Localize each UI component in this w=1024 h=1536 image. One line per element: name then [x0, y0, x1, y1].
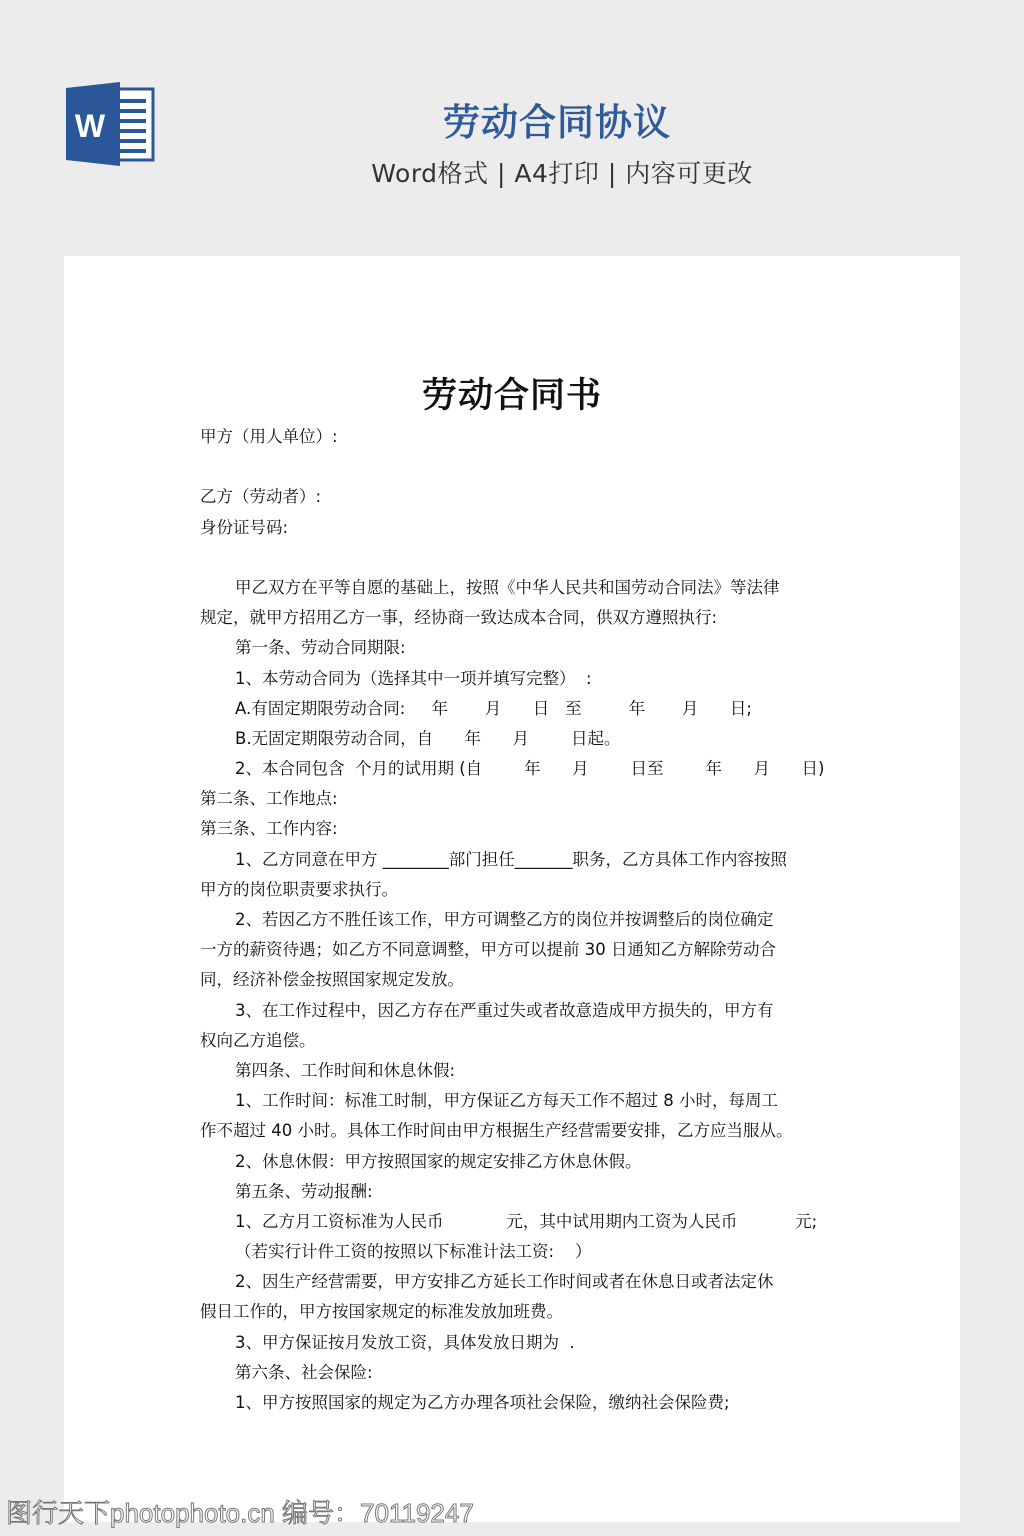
document-line: 第四条、工作时间和休息休假: — [200, 1056, 826, 1086]
document-line: 甲乙双方在平等自愿的基础上，按照《中华人民共和国劳动合同法》等法律 — [200, 573, 826, 603]
document-line: 第一条、劳动合同期限: — [200, 633, 826, 663]
document-title: 劳动合同书 — [64, 368, 960, 418]
document-line: 2、若因乙方不胜任该工作，甲方可调整乙方的岗位并按调整后的岗位确定 — [200, 905, 826, 935]
document-line: 1、乙方月工资标准为人民币 元，其中试用期内工资为人民币 元; — [200, 1207, 826, 1237]
document-line: 1、甲方按照国家的规定为乙方办理各项社会保险，缴纳社会保险费; — [200, 1388, 826, 1418]
document-line: 作不超过 40 小时。具体工作时间由甲方根据生产经营需要安排，乙方应当服从。 — [200, 1116, 826, 1146]
document-line: 2、休息休假：甲方按照国家的规定安排乙方休息休假。 — [200, 1147, 826, 1177]
document-line: 同，经济补偿金按照国家规定发放。 — [200, 965, 826, 995]
document-line: B.无固定期限劳动合同，自 年 月 日起。 — [200, 724, 826, 754]
document-line: 规定，就甲方招用乙方一事，经协商一致达成本合同，供双方遵照执行: — [200, 603, 826, 633]
watermark-text: 图行天下photophoto.cn 编号：70119247 — [6, 1493, 474, 1530]
document-line: 1、本劳动合同为（选择其中一项并填写完整） : — [200, 664, 826, 694]
document-line: 乙方（劳动者）: — [200, 482, 826, 512]
document-line: 第五条、劳动报酬: — [200, 1177, 826, 1207]
document-line: 假日工作的，甲方按国家规定的标准发放加班费。 — [200, 1297, 826, 1327]
document-line: 2、本合同包含 个月的试用期 (自 年 月 日至 年 月 日) — [200, 754, 826, 784]
document-line: 1、工作时间：标准工时制，甲方保证乙方每天工作不超过 8 小时，每周工 — [200, 1086, 826, 1116]
blank-line — [200, 452, 826, 482]
document-line: A.有固定期限劳动合同: 年 月 日 至 年 月 日; — [200, 694, 826, 724]
document-line: 第六条、社会保险: — [200, 1358, 826, 1388]
document-body: 甲方（用人单位）:乙方（劳动者）:身份证号码:甲乙双方在平等自愿的基础上，按照《… — [200, 422, 826, 1418]
document-line: （若实行计件工资的按照以下标准计法工资: ） — [200, 1237, 826, 1267]
document-line: 权向乙方追偿。 — [200, 1026, 826, 1056]
document-line: 2、因生产经营需要，甲方安排乙方延长工作时间或者在休息日或者法定休 — [200, 1267, 826, 1297]
document-line: 第三条、工作内容: — [200, 814, 826, 844]
banner-title: 劳动合同协议 — [0, 92, 1024, 146]
document-line: 甲方的岗位职责要求执行。 — [200, 875, 826, 905]
document-line: 第二条、工作地点: — [200, 784, 826, 814]
document-line: 一方的薪资待遇；如乙方不同意调整，甲方可以提前 30 日通知乙方解除劳动合 — [200, 935, 826, 965]
document-line: 身份证号码: — [200, 513, 826, 543]
document-line: 甲方（用人单位）: — [200, 422, 826, 452]
banner-subtitle: Word格式 | A4打印 | 内容可更改 — [0, 154, 1024, 190]
document-line: 1、乙方同意在甲方 ________部门担任_______职务，乙方具体工作内容… — [200, 845, 826, 875]
document-line: 3、在工作过程中，因乙方存在严重过失或者故意造成甲方损失的，甲方有 — [200, 996, 826, 1026]
document-line: 3、甲方保证按月发放工资，具体发放日期为 . — [200, 1328, 826, 1358]
blank-line — [200, 543, 826, 573]
document-page: 劳动合同书 甲方（用人单位）:乙方（劳动者）:身份证号码:甲乙双方在平等自愿的基… — [64, 256, 960, 1522]
